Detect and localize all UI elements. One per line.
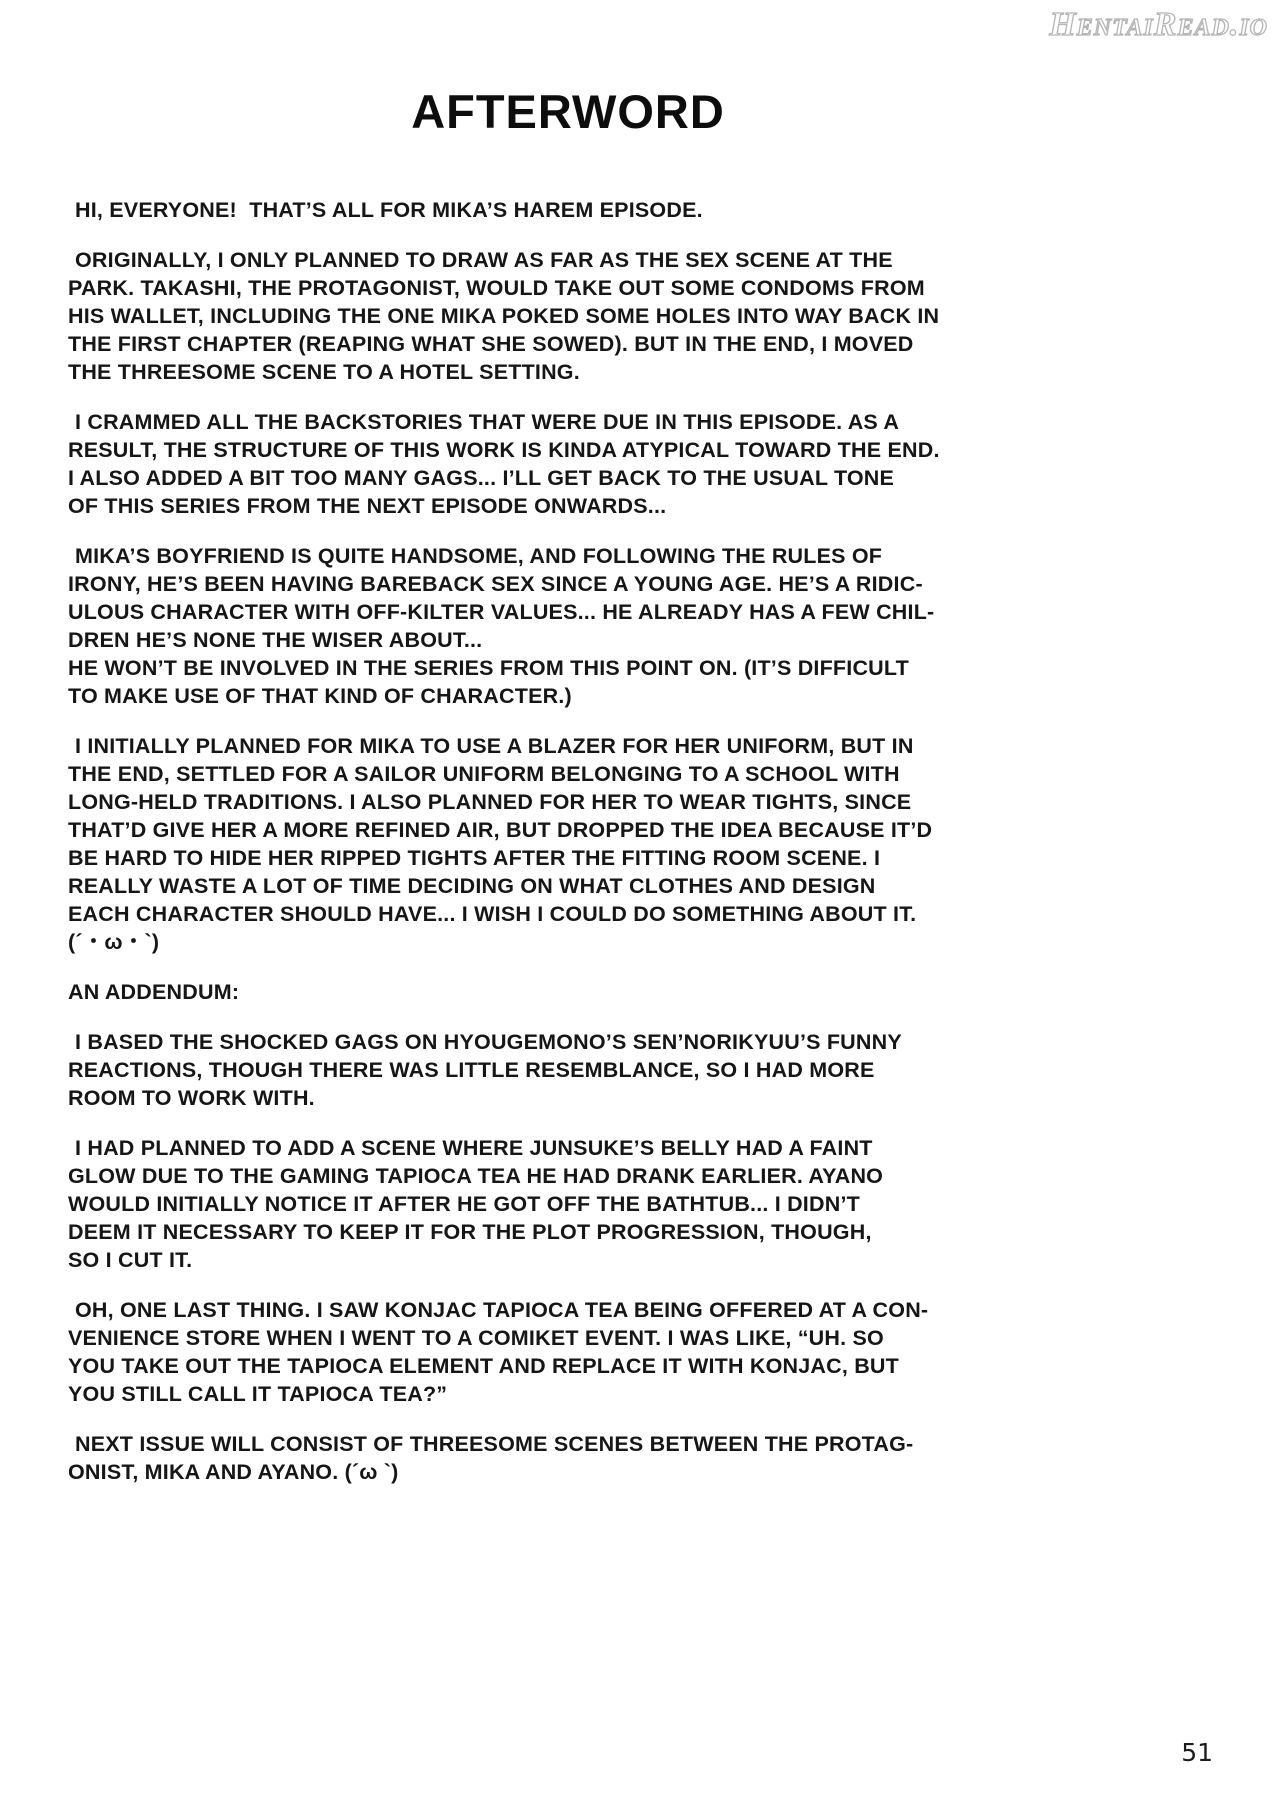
paragraph-original-plan: ORIGINALLY, I ONLY PLANNED TO DRAW AS FA… bbox=[68, 246, 1068, 386]
paragraph-next-issue: NEXT ISSUE WILL CONSIST OF THREESOME SCE… bbox=[68, 1430, 1068, 1486]
paragraph-shocked-gags: I BASED THE SHOCKED GAGS ON HYOUGEMONO’S… bbox=[68, 1028, 1068, 1112]
paragraph-konjac-tea: OH, ONE LAST THING. I SAW KONJAC TAPIOCA… bbox=[68, 1296, 1068, 1408]
manga-afterword-page: { "watermark": { "text": "HentaiRead.io"… bbox=[0, 0, 1280, 1810]
paragraph-uniform: I INITIALLY PLANNED FOR MIKA TO USE A BL… bbox=[68, 732, 1068, 956]
paragraph-greeting: HI, EVERYONE! THAT’S ALL FOR MIKA’S HARE… bbox=[68, 196, 1068, 224]
addendum-heading: AN ADDENDUM: bbox=[68, 978, 1068, 1006]
site-watermark: HentaiRead.io bbox=[1049, 6, 1268, 44]
paragraph-boyfriend: MIKA’S BOYFRIEND IS QUITE HANDSOME, AND … bbox=[68, 542, 1068, 710]
paragraph-backstories: I CRAMMED ALL THE BACKSTORIES THAT WERE … bbox=[68, 408, 1068, 520]
afterword-content: AFTERWORD HI, EVERYONE! THAT’S ALL FOR M… bbox=[68, 0, 1068, 1508]
page-number: 51 bbox=[1181, 1738, 1213, 1767]
paragraph-belly-glow: I HAD PLANNED TO ADD A SCENE WHERE JUNSU… bbox=[68, 1134, 1068, 1274]
page-title: AFTERWORD bbox=[68, 84, 1068, 140]
